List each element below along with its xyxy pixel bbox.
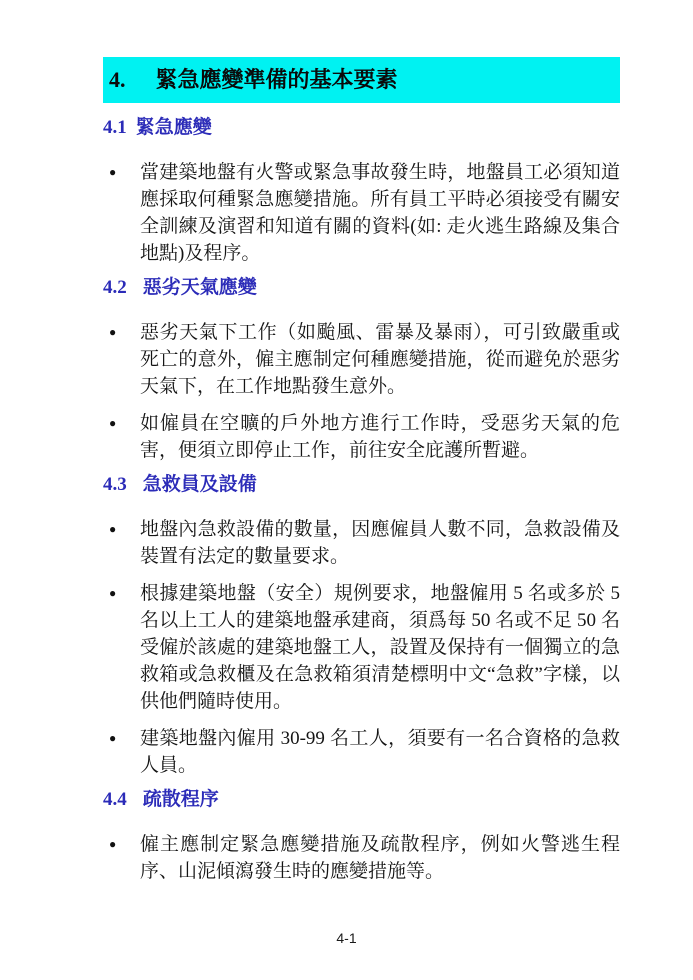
bullet-icon: ● (109, 326, 116, 338)
page-content: 4. 緊急應變準備的基本要素 4.1 緊急應變 ● 當建築地盤有火警或緊急事故發… (0, 0, 693, 885)
section-title: 急救員及設備 (143, 474, 257, 496)
bullet-text: 根據建築地盤（安全）規例要求，地盤僱用 5 名或多於 5 名以上工人的建築地盤承… (140, 583, 620, 712)
bullet-paragraph: ● 建築地盤內僱用 30-99 名工人，須要有一名合資格的急救人員。 (103, 725, 620, 779)
section-number: 4.2 (103, 277, 127, 299)
bullet-text: 惡劣天氣下工作（如颱風、雷暴及暴雨），可引致嚴重或死亡的意外，僱主應制定何種應變… (140, 322, 620, 397)
bullet-paragraph: ● 地盤內急救設備的數量，因應僱員人數不同，急救設備及裝置有法定的數量要求。 (103, 516, 620, 570)
section-title: 惡劣天氣應變 (143, 277, 257, 299)
main-heading-number: 4. (109, 67, 126, 93)
section-heading-4-3: 4.3 急救員及設備 (103, 474, 620, 496)
bullet-paragraph: ● 根據建築地盤（安全）規例要求，地盤僱用 5 名或多於 5 名以上工人的建築地… (103, 580, 620, 715)
bullet-icon: ● (109, 166, 116, 178)
bullet-icon: ● (109, 587, 116, 599)
bullet-text: 建築地盤內僱用 30-99 名工人，須要有一名合資格的急救人員。 (140, 728, 620, 776)
bullet-text: 地盤內急救設備的數量，因應僱員人數不同，急救設備及裝置有法定的數量要求。 (140, 519, 620, 567)
section-number: 4.1 (103, 117, 127, 139)
bullet-text: 如僱員在空曠的戶外地方進行工作時，受惡劣天氣的危害，便須立即停止工作，前往安全庇… (140, 413, 620, 461)
section-title: 疏散程序 (143, 789, 219, 811)
bullet-icon: ● (109, 838, 116, 850)
document-page: 4. 緊急應變準備的基本要素 4.1 緊急應變 ● 當建築地盤有火警或緊急事故發… (0, 0, 693, 980)
main-heading-title: 緊急應變準備的基本要素 (156, 67, 398, 93)
bullet-icon: ● (109, 732, 116, 744)
bullet-paragraph: ● 惡劣天氣下工作（如颱風、雷暴及暴雨），可引致嚴重或死亡的意外，僱主應制定何種… (103, 319, 620, 400)
section-number: 4.3 (103, 474, 127, 496)
section-number: 4.4 (103, 789, 127, 811)
bullet-icon: ● (109, 417, 116, 429)
bullet-text: 僱主應制定緊急應變措施及疏散程序，例如火警逃生程序、山泥傾瀉發生時的應變措施等。 (140, 834, 620, 882)
bullet-paragraph: ● 如僱員在空曠的戶外地方進行工作時，受惡劣天氣的危害，便須立即停止工作，前往安… (103, 410, 620, 464)
section-heading-4-1: 4.1 緊急應變 (103, 117, 620, 139)
main-heading: 4. 緊急應變準備的基本要素 (103, 57, 620, 103)
section-heading-4-2: 4.2 惡劣天氣應變 (103, 277, 620, 299)
page-number: 4-1 (0, 930, 693, 946)
bullet-paragraph: ● 當建築地盤有火警或緊急事故發生時，地盤員工必須知道應採取何種緊急應變措施。所… (103, 159, 620, 267)
section-heading-4-4: 4.4 疏散程序 (103, 789, 620, 811)
bullet-text: 當建築地盤有火警或緊急事故發生時，地盤員工必須知道應採取何種緊急應變措施。所有員… (140, 162, 620, 264)
bullet-icon: ● (109, 523, 116, 535)
section-title: 緊急應變 (136, 117, 212, 139)
bullet-paragraph: ● 僱主應制定緊急應變措施及疏散程序，例如火警逃生程序、山泥傾瀉發生時的應變措施… (103, 831, 620, 885)
